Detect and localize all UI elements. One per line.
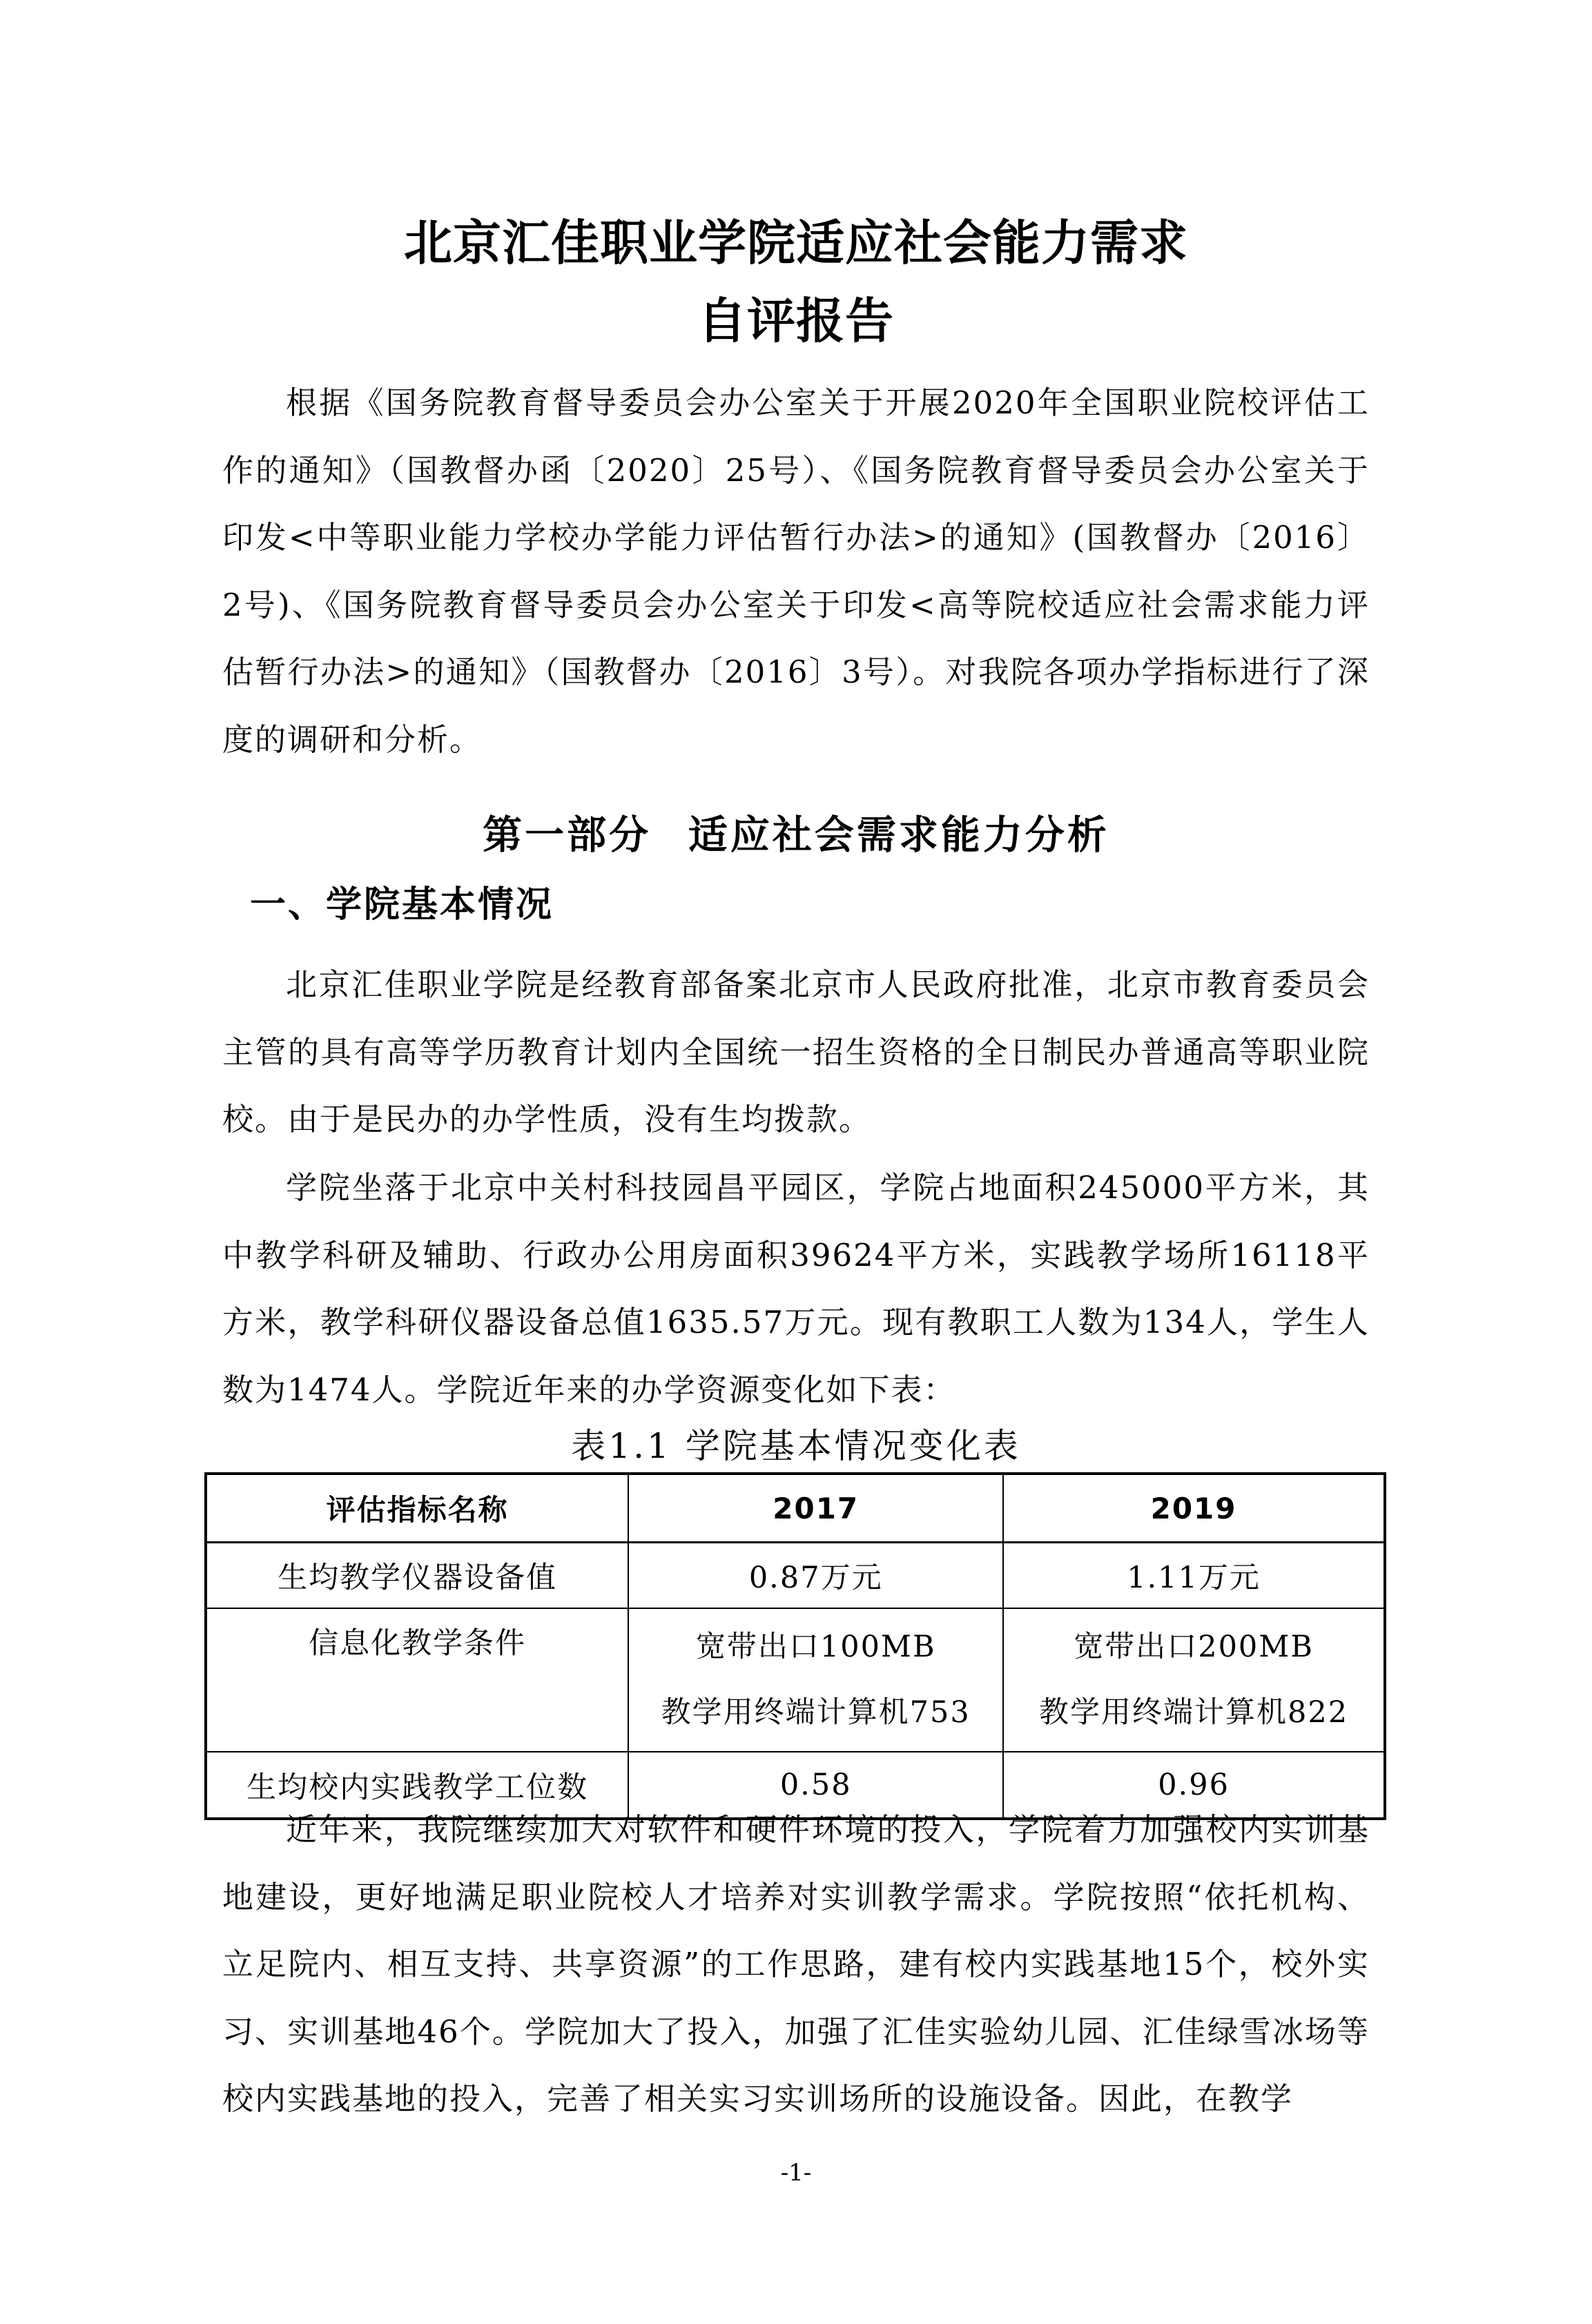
table-row: 信息化教学条件 宽带出口100MB 教学用终端计算机753 宽带出口200MB … xyxy=(206,1608,1385,1752)
table-row: 生均教学仪器设备值 0.87万元 1.11万元 xyxy=(206,1543,1385,1609)
cell-2019: 1.11万元 xyxy=(1003,1543,1385,1609)
document-subtitle: 自评报告 xyxy=(0,293,1592,349)
row-label: 信息化教学条件 xyxy=(206,1608,628,1752)
section-heading: 第一部分 适应社会需求能力分析 xyxy=(0,811,1592,859)
college-overview-paragraph: 北京汇佳职业学院是经教育部备案北京市人民政府批准，北京市教育委员会主管的具有高等… xyxy=(222,951,1370,1153)
cell-2019: 宽带出口200MB 教学用终端计算机822 xyxy=(1003,1608,1385,1752)
table-header-row: 评估指标名称 2017 2019 xyxy=(206,1474,1385,1543)
cell-2017: 0.87万元 xyxy=(628,1543,1003,1609)
terminals-2019: 教学用终端计算机822 xyxy=(1004,1680,1384,1746)
college-resources-paragraph: 学院坐落于北京中关村科技园昌平园区，学院占地面积245000平方米，其中教学科研… xyxy=(222,1154,1370,1423)
document-page: 北京汇佳职业学院适应社会能力需求 自评报告 根据《国务院教育督导委员会办公室关于… xyxy=(0,0,1592,2324)
header-indicator-name: 评估指标名称 xyxy=(206,1474,628,1543)
document-title: 北京汇佳职业学院适应社会能力需求 xyxy=(0,215,1592,271)
training-base-paragraph: 近年来，我院继续加大对软件和硬件环境的投入，学院着力加强校内实训基地建设，更好地… xyxy=(222,1796,1370,2133)
page-number: -1- xyxy=(0,2159,1592,2187)
terminals-2017: 教学用终端计算机753 xyxy=(629,1680,1002,1746)
intro-paragraph: 根据《国务院教育督导委员会办公室关于开展2020年全国职业院校评估工作的通知》（… xyxy=(222,369,1370,773)
subsection-heading: 一、学院基本情况 xyxy=(250,882,554,928)
cell-2017: 宽带出口100MB 教学用终端计算机753 xyxy=(628,1608,1003,1752)
header-year-2019: 2019 xyxy=(1003,1474,1385,1543)
header-year-2017: 2017 xyxy=(628,1474,1003,1543)
bandwidth-2019: 宽带出口200MB xyxy=(1004,1614,1384,1680)
table-caption: 表1.1 学院基本情况变化表 xyxy=(0,1422,1592,1470)
row-label: 生均教学仪器设备值 xyxy=(206,1543,628,1609)
basic-info-table: 评估指标名称 2017 2019 生均教学仪器设备值 0.87万元 1.11万元… xyxy=(204,1472,1386,1820)
bandwidth-2017: 宽带出口100MB xyxy=(629,1614,1002,1680)
